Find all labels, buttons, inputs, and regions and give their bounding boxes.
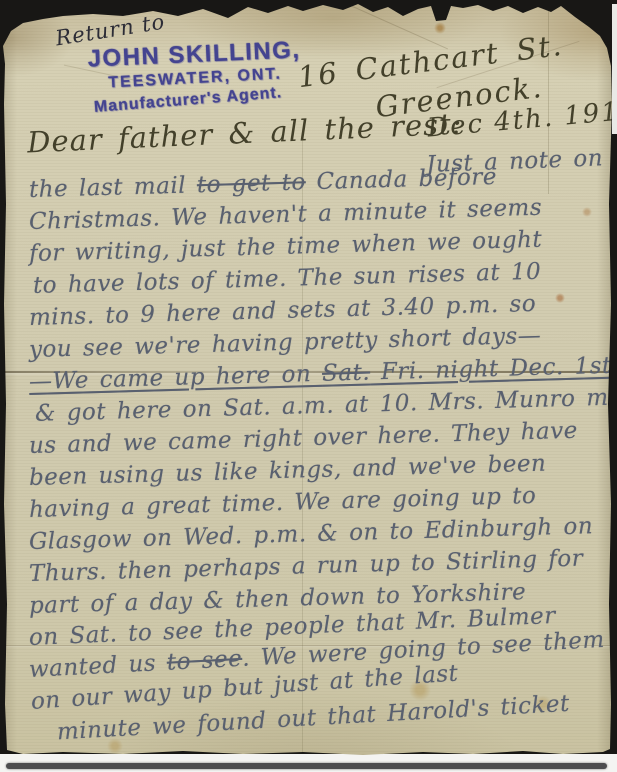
paper-wrinkle: [338, 0, 448, 49]
letter-body: Just a note onthe last mail to get to Ca…: [29, 142, 609, 750]
scanned-letter: Return to JOHN SKILLING, TEESWATER, ONT.…: [0, 0, 617, 772]
scanner-right-edge: [612, 4, 617, 134]
scanner-edge-bar: [6, 763, 607, 769]
rubber-stamp: JOHN SKILLING, TEESWATER, ONT. Manufactu…: [66, 36, 325, 115]
letter-paper: Return to JOHN SKILLING, TEESWATER, ONT.…: [3, 4, 613, 756]
